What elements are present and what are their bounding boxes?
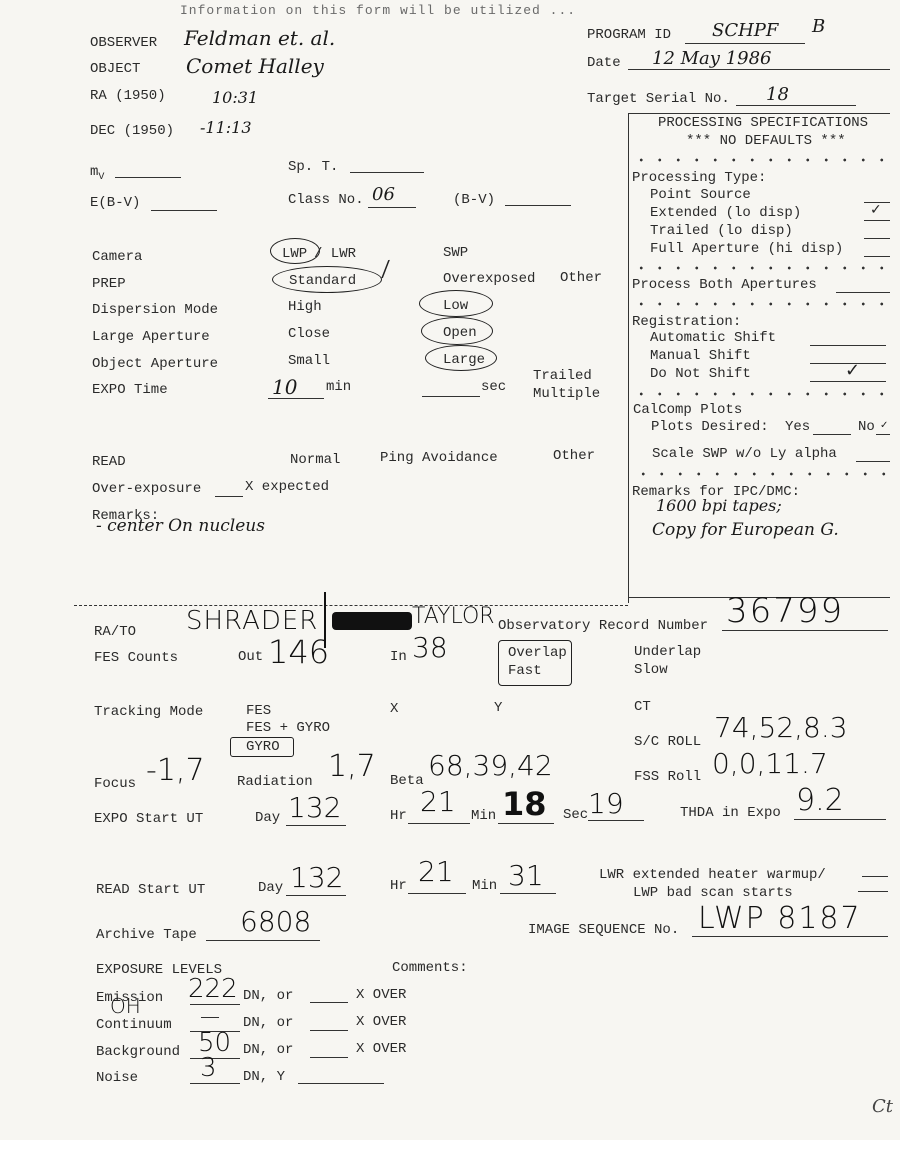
continuum-dn-suffix: DN, or: [243, 1016, 293, 1030]
camera-option-swp[interactable]: SWP: [443, 246, 468, 260]
prep-option-overexposed[interactable]: Overexposed: [443, 272, 535, 286]
read-hr-label: Hr: [390, 879, 407, 893]
read-day-label: Day: [258, 881, 283, 895]
multiple-label[interactable]: Multiple: [533, 387, 600, 401]
program-id-suffix: B: [812, 18, 825, 36]
image-sequence-underline: [692, 936, 888, 937]
classno-underline: [368, 207, 416, 208]
archive-tape-value[interactable]: 6808: [240, 908, 311, 936]
processing-box-top: [628, 113, 890, 114]
continuum-dn-value[interactable]: —: [200, 1006, 220, 1026]
large-aperture-selected-circle: [421, 317, 493, 345]
overexposure-label: Over-exposure: [92, 482, 201, 496]
cutoff-header-text: Information on this form will be utilize…: [180, 4, 576, 17]
processing-title: PROCESSING SPECIFICATIONS: [658, 116, 868, 130]
check-mark-icon: ✓: [880, 420, 888, 431]
registration-auto-label: Automatic Shift: [650, 331, 776, 345]
check-mark-icon: ✓: [870, 202, 882, 218]
prep-selected-circle: [272, 266, 382, 293]
program-id-value[interactable]: SCHPF: [712, 22, 778, 40]
tracking-mode-label: Tracking Mode: [94, 705, 203, 719]
expo-day-underline: [286, 825, 346, 826]
both-apertures-checkbox[interactable]: [836, 292, 890, 293]
background-label: Background: [96, 1045, 180, 1059]
ebv-field[interactable]: [151, 210, 217, 211]
read-min-value[interactable]: 31: [508, 862, 544, 890]
expo-time-min-unit: min: [326, 380, 351, 394]
dotted-divider: [632, 392, 892, 396]
type-extended-checkbox[interactable]: [864, 220, 890, 221]
bv-field[interactable]: [505, 205, 571, 206]
section-separator: [74, 605, 628, 606]
registration-none-checkbox[interactable]: [810, 381, 886, 382]
expo-start-label: EXPO Start UT: [94, 812, 203, 826]
expo-min-value[interactable]: 18: [502, 788, 547, 820]
observatory-record-label: Observatory Record Number: [498, 619, 708, 633]
target-serial-value[interactable]: 18: [766, 86, 789, 104]
dec-value[interactable]: -11:13: [200, 120, 252, 136]
classno-label: Class No.: [288, 193, 364, 207]
image-sequence-label: IMAGE SEQUENCE No.: [528, 923, 679, 937]
registration-none-label: Do Not Shift: [650, 367, 751, 381]
lwp-scan-field[interactable]: [858, 891, 888, 892]
fes-out-value[interactable]: 146: [268, 636, 329, 668]
spt-label: Sp. T.: [288, 160, 338, 174]
thda-underline: [794, 819, 886, 820]
dispersion-selected-circle: [419, 290, 493, 317]
plots-desired-label: Plots Desired:: [651, 420, 769, 434]
type-full-aperture-checkbox[interactable]: [864, 256, 890, 257]
expo-hr-underline: [408, 823, 470, 824]
type-trailed-label: Trailed (lo disp): [650, 224, 793, 238]
emission-dn-value[interactable]: 222: [188, 976, 238, 1002]
dispersion-label: Dispersion Mode: [92, 303, 218, 317]
sc-roll-value[interactable]: 74,52,8.3: [714, 714, 848, 742]
ct-label: CT: [634, 700, 651, 714]
lwr-heater-label: LWR extended heater warmup/: [599, 868, 826, 882]
beta-label: Beta: [390, 774, 424, 788]
fast-label[interactable]: Fast: [508, 664, 542, 678]
form-page: Information on this form will be utilize…: [0, 0, 900, 1140]
read-day-underline: [286, 895, 346, 896]
read-start-label: READ Start UT: [96, 883, 205, 897]
camera-selected-circle: [270, 238, 320, 264]
ra-label: RA (1950): [90, 89, 166, 103]
lwr-heater-field[interactable]: [862, 876, 888, 877]
both-apertures-label: Process Both Apertures: [632, 278, 817, 292]
registration-label: Registration:: [632, 315, 741, 329]
large-aperture-option-close[interactable]: Close: [288, 327, 330, 341]
fss-roll-label: FSS Roll: [634, 770, 701, 784]
focus-label: Focus: [94, 777, 136, 791]
noise-suffix: DN, Y: [243, 1070, 285, 1084]
expo-sec-label: Sec: [563, 808, 588, 822]
background-dn-suffix: DN, or: [243, 1043, 293, 1057]
fes-counts-label: FES Counts: [94, 651, 178, 665]
beta-value[interactable]: 68,39,42: [428, 752, 553, 780]
read-day-value[interactable]: 132: [290, 864, 343, 892]
sc-roll-label: S/C ROLL: [634, 735, 701, 749]
date-label: Date: [587, 56, 621, 70]
archive-tape-label: Archive Tape: [96, 928, 197, 942]
emission-dn-suffix: DN, or: [243, 989, 293, 1003]
continuum-over-label: X OVER: [356, 1015, 406, 1029]
expo-time-min-value[interactable]: 10: [272, 377, 297, 397]
comments-label: Comments:: [392, 961, 468, 975]
object-aperture-selected-circle: [425, 345, 497, 371]
read-min-label: Min: [472, 879, 497, 893]
expo-day-value[interactable]: 132: [288, 794, 341, 822]
radiation-label: Radiation: [237, 775, 313, 789]
mv-label: mV: [90, 165, 104, 183]
expo-sec-underline: [588, 820, 644, 821]
x-label: X: [390, 702, 398, 716]
expo-day-label: Day: [255, 811, 280, 825]
type-point-source-label: Point Source: [650, 188, 751, 202]
processing-type-label: Processing Type:: [632, 171, 766, 185]
object-value[interactable]: Comet Halley: [186, 56, 324, 76]
tracking-option-fes-gyro[interactable]: FES + GYRO: [246, 721, 330, 735]
fes-out-label: Out: [238, 650, 263, 664]
rato-value-1[interactable]: SHRADER: [186, 608, 318, 634]
radiation-value[interactable]: 1,7: [328, 752, 376, 782]
fss-roll-value[interactable]: 0,0,11.7: [712, 750, 828, 778]
prep-label: PREP: [92, 277, 126, 291]
image-sequence-value[interactable]: LWP 8187: [698, 904, 862, 934]
date-underline: [628, 69, 890, 70]
check-mark-icon: ✓: [845, 360, 860, 381]
expo-hr-label: Hr: [390, 809, 407, 823]
ipc-remarks-line2[interactable]: Copy for European G.: [652, 522, 839, 539]
ra-value[interactable]: 10:31: [212, 90, 258, 106]
object-aperture-option-small[interactable]: Small: [288, 354, 330, 368]
read-option-normal[interactable]: Normal: [290, 453, 340, 467]
overlap-label[interactable]: Overlap: [508, 646, 567, 660]
scale-swp-checkbox[interactable]: [856, 461, 890, 462]
calcomp-label: CalComp Plots: [633, 403, 742, 417]
expo-time-min-underline: [268, 398, 324, 399]
expo-min-label: Min: [471, 809, 496, 823]
observatory-record-value[interactable]: 36799: [726, 594, 844, 628]
large-aperture-label: Large Aperture: [92, 330, 210, 344]
dec-label: DEC (1950): [90, 124, 174, 138]
target-serial-label: Target Serial No.: [587, 92, 730, 106]
read-hr-value[interactable]: 21: [418, 858, 454, 886]
camera-option-lwr[interactable]: / LWR: [314, 247, 356, 261]
expo-time-label: EXPO Time: [92, 383, 168, 397]
emission-over-field[interactable]: [310, 1002, 348, 1003]
dispersion-option-high[interactable]: High: [288, 300, 322, 314]
processing-subtitle: *** NO DEFAULTS ***: [686, 134, 846, 148]
expo-sec-value[interactable]: 19: [588, 790, 624, 818]
emission-over-label: X OVER: [356, 988, 406, 1002]
tracking-selected-box: [230, 737, 294, 757]
plots-no-label: No: [858, 420, 875, 434]
overexposure-suffix: X expected: [245, 480, 329, 494]
read-hr-underline: [408, 893, 466, 894]
remarks-value[interactable]: - center On nucleus: [96, 518, 265, 535]
plots-yes-checkbox[interactable]: [813, 434, 851, 435]
archive-tape-underline: [206, 940, 320, 941]
underlap-label[interactable]: Underlap: [634, 645, 701, 659]
observer-value[interactable]: Feldman et. al.: [184, 28, 335, 48]
type-full-aperture-label: Full Aperture (hi disp): [650, 242, 843, 256]
mv-field[interactable]: [115, 177, 181, 178]
spt-field[interactable]: [350, 172, 424, 173]
continuum-over-field[interactable]: [310, 1030, 348, 1031]
target-serial-underline: [736, 105, 856, 106]
overexposure-field[interactable]: [215, 496, 243, 497]
thda-value[interactable]: 9.2: [796, 786, 844, 816]
plots-yes-label: Yes: [785, 420, 810, 434]
continuum-label: Continuum: [96, 1018, 172, 1032]
rato-value-2[interactable]: TAYLOR: [412, 606, 495, 628]
read-option-other[interactable]: Other: [553, 449, 595, 463]
classno-value[interactable]: 06: [372, 186, 395, 204]
ebv-label: E(B-V): [90, 196, 140, 210]
footer-initials: Ct: [872, 1098, 893, 1116]
observer-label: OBSERVER: [90, 36, 157, 50]
object-label: OBJECT: [90, 62, 140, 76]
fes-in-value[interactable]: 38: [412, 634, 448, 662]
plots-no-checkbox[interactable]: [876, 434, 890, 435]
expo-time-sec-unit: sec: [481, 380, 506, 394]
noise-underline: [190, 1083, 240, 1084]
focus-value[interactable]: -1,7: [146, 756, 205, 786]
program-id-label: PROGRAM ID: [587, 28, 671, 42]
registration-auto-checkbox[interactable]: [810, 345, 886, 346]
ipc-remarks-line1[interactable]: 1600 bpi tapes;: [656, 498, 782, 514]
program-id-underline: [685, 43, 805, 44]
date-value[interactable]: 12 May 1986: [652, 50, 772, 68]
continuum-annotation: OH: [110, 996, 141, 1016]
rato-label: RA/TO: [94, 625, 136, 639]
background-over-field[interactable]: [310, 1057, 348, 1058]
y-label: Y: [494, 701, 502, 715]
expo-hr-value[interactable]: 21: [420, 788, 456, 816]
dotted-divider: [632, 302, 892, 306]
scale-swp-label: Scale SWP w/o Ly alpha: [652, 447, 837, 461]
thda-label: THDA in Expo: [680, 806, 781, 820]
type-trailed-checkbox[interactable]: [864, 238, 890, 239]
camera-label: Camera: [92, 250, 142, 264]
object-aperture-label: Object Aperture: [92, 357, 218, 371]
bv-label: (B-V): [453, 193, 495, 207]
dotted-divider: [632, 158, 892, 162]
background-over-label: X OVER: [356, 1042, 406, 1056]
observatory-record-underline: [722, 630, 888, 631]
fes-in-label: In: [390, 650, 407, 664]
registration-manual-label: Manual Shift: [650, 349, 751, 363]
tracking-option-fes[interactable]: FES: [246, 704, 271, 718]
dotted-divider: [632, 266, 892, 270]
noise-value[interactable]: 3: [200, 1055, 217, 1081]
read-label: READ: [92, 455, 126, 469]
expo-time-sec-field[interactable]: [422, 396, 480, 397]
trailed-label[interactable]: Trailed: [533, 369, 592, 383]
dotted-divider: [634, 472, 892, 476]
noise-label: Noise: [96, 1071, 138, 1085]
slow-label[interactable]: Slow: [634, 663, 668, 677]
prep-option-other[interactable]: Other: [560, 271, 602, 285]
scribbled-out-name: [332, 612, 412, 630]
read-min-underline: [500, 893, 556, 894]
noise-y-field[interactable]: [298, 1083, 384, 1084]
type-extended-label: Extended (lo disp): [650, 206, 801, 220]
read-option-ping-avoidance[interactable]: Ping Avoidance: [380, 451, 498, 465]
processing-box-left: [628, 113, 629, 603]
expo-min-underline: [498, 823, 554, 824]
lwp-scan-label: LWP bad scan starts: [633, 886, 793, 900]
check-mark-icon: ⁄: [382, 258, 390, 283]
